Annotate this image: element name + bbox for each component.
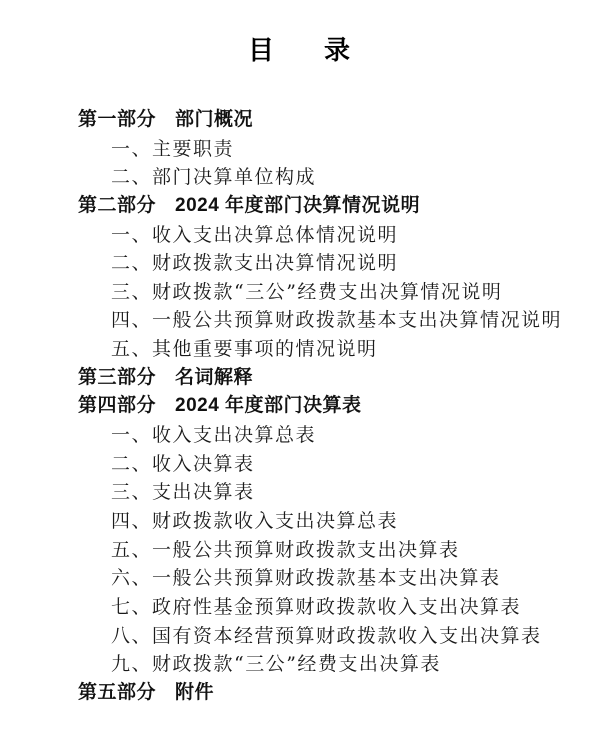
toc-section-heading-2: 第二部分2024 年度部门决算情况说明 (0, 192, 598, 221)
toc-section-heading-4: 第四部分2024 年度部门决算表 (0, 392, 598, 421)
toc-section-label: 第四部分 (78, 395, 156, 416)
table-of-contents: 第一部分部门概况 一、主要职责 二、部门决算单位构成 第二部分2024 年度部门… (0, 106, 598, 707)
toc-item: 一、主要职责 (0, 135, 598, 164)
page-title-char: 录 (324, 38, 350, 64)
page-title: 目 录 (0, 38, 598, 64)
toc-section-label: 第一部分 (78, 109, 156, 130)
toc-item: 七、政府性基金预算财政拨款收入支出决算表 (0, 593, 598, 622)
toc-section-title: 名词解释 (175, 367, 253, 388)
toc-item: 五、一般公共预算财政拨款支出决算表 (0, 536, 598, 565)
toc-section-heading-3: 第三部分名词解释 (0, 364, 598, 393)
toc-section-title: 2024 年度部门决算表 (175, 395, 362, 416)
toc-item: 九、财政拨款“三公”经费支出决算表 (0, 650, 598, 679)
toc-item: 三、财政拨款“三公”经费支出决算情况说明 (0, 278, 598, 307)
document-page: 目 录 第一部分部门概况 一、主要职责 二、部门决算单位构成 第二部分2024 … (0, 0, 598, 744)
toc-item: 二、收入决算表 (0, 450, 598, 479)
toc-section-label: 第五部分 (78, 682, 156, 703)
toc-item: 二、财政拨款支出决算情况说明 (0, 249, 598, 278)
toc-section-title: 2024 年度部门决算情况说明 (175, 195, 420, 216)
toc-section-heading-5: 第五部分附件 (0, 679, 598, 708)
toc-section-heading-1: 第一部分部门概况 (0, 106, 598, 135)
toc-item: 二、部门决算单位构成 (0, 163, 598, 192)
toc-section-label: 第二部分 (78, 195, 156, 216)
toc-item: 四、一般公共预算财政拨款基本支出决算情况说明 (0, 306, 598, 335)
page-title-char: 目 (248, 38, 274, 64)
toc-section-label: 第三部分 (78, 367, 156, 388)
toc-item: 三、支出决算表 (0, 478, 598, 507)
toc-section-title: 附件 (175, 682, 214, 703)
toc-item: 五、其他重要事项的情况说明 (0, 335, 598, 364)
toc-section-title: 部门概况 (175, 109, 253, 130)
toc-item: 一、收入支出决算总体情况说明 (0, 221, 598, 250)
toc-item: 一、收入支出决算总表 (0, 421, 598, 450)
toc-item: 四、财政拨款收入支出决算总表 (0, 507, 598, 536)
toc-item: 六、一般公共预算财政拨款基本支出决算表 (0, 564, 598, 593)
toc-item: 八、国有资本经营预算财政拨款收入支出决算表 (0, 622, 598, 651)
